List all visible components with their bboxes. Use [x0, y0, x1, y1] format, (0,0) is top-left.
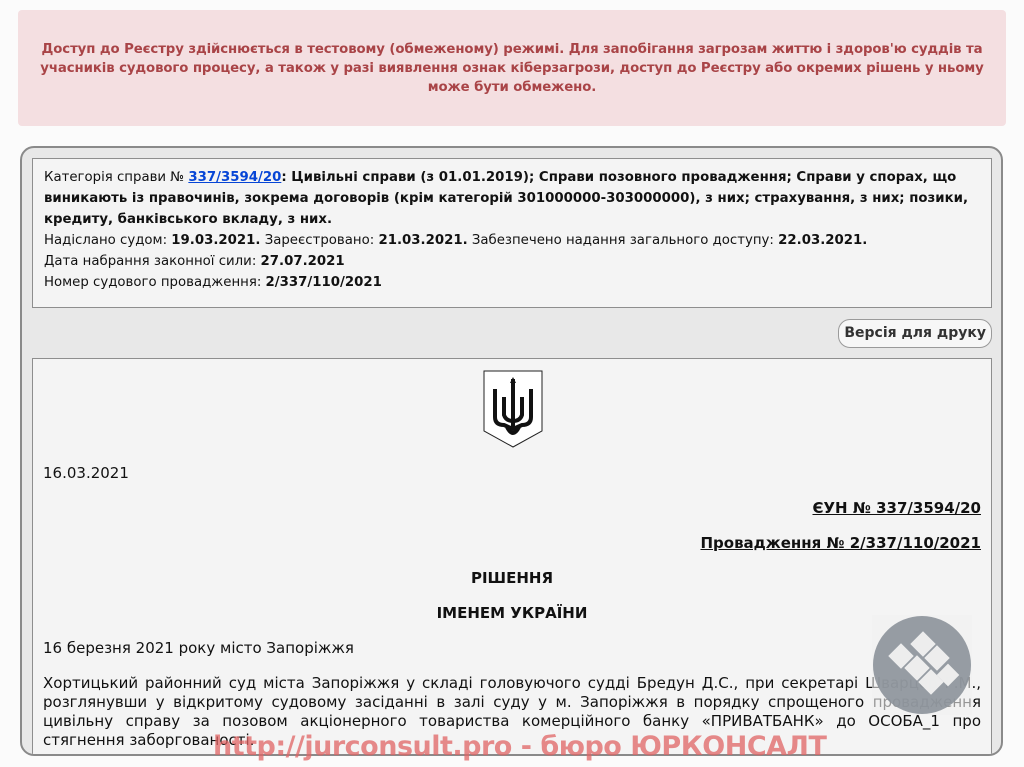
- case-number-link[interactable]: 337/3594/20: [188, 170, 281, 185]
- proceeding-number: Номер судового провадження: 2/337/110/20…: [44, 272, 980, 293]
- case-dates: Надіслано судом: 19.03.2021. Зареєстрова…: [44, 230, 980, 251]
- puzzle-pieces-icon: [872, 615, 972, 715]
- watermark-text: http://jurconsult.pro - бюро ЮРКОНСАЛТ: [213, 731, 826, 762]
- effective-date-label: Дата набрання законної сили:: [44, 254, 261, 269]
- registered-label: Зареєстровано:: [260, 233, 378, 248]
- decision-date: 16.03.2021: [43, 464, 129, 482]
- ukraine-trident-emblem-icon: [482, 369, 544, 449]
- access-notice-text: Доступ до Реєстру здійснюється в тестово…: [34, 40, 990, 97]
- public-access-label: Забезпечено надання загального доступу:: [468, 233, 779, 248]
- proceeding-number-label: Номер судового провадження:: [44, 275, 266, 290]
- unique-case-number: ЄУН № 337/3594/20: [812, 499, 981, 517]
- public-access-value: 22.03.2021.: [778, 233, 867, 248]
- registered-value: 21.03.2021.: [378, 233, 467, 248]
- decision-subtitle: ІМЕНЕМ УКРАЇНИ: [33, 604, 991, 622]
- case-info-panel: Категорія справи № 337/3594/20: Цивільні…: [32, 158, 992, 308]
- decision-container: Категорія справи № 337/3594/20: Цивільні…: [20, 146, 1003, 756]
- floating-widget-button[interactable]: [872, 615, 972, 715]
- effective-date-value: 27.07.2021: [261, 254, 345, 269]
- effective-date: Дата набрання законної сили: 27.07.2021: [44, 251, 980, 272]
- proceeding-number-value: 2/337/110/2021: [266, 275, 382, 290]
- print-version-button[interactable]: Версія для друку: [838, 319, 992, 348]
- case-category: Категорія справи № 337/3594/20: Цивільні…: [44, 167, 980, 230]
- sent-label: Надіслано судом:: [44, 233, 171, 248]
- access-notice-banner: Доступ до Реєстру здійснюється в тестово…: [18, 10, 1006, 126]
- decision-document: 16.03.2021 ЄУН № 337/3594/20 Провадження…: [32, 358, 992, 756]
- category-label: Категорія справи №: [44, 170, 188, 185]
- decision-title: РІШЕННЯ: [33, 569, 991, 587]
- proceeding-reference: Провадження № 2/337/110/2021: [700, 534, 981, 552]
- place-date-line: 16 березня 2021 року місто Запоріжжя: [43, 639, 354, 657]
- sent-value: 19.03.2021.: [171, 233, 260, 248]
